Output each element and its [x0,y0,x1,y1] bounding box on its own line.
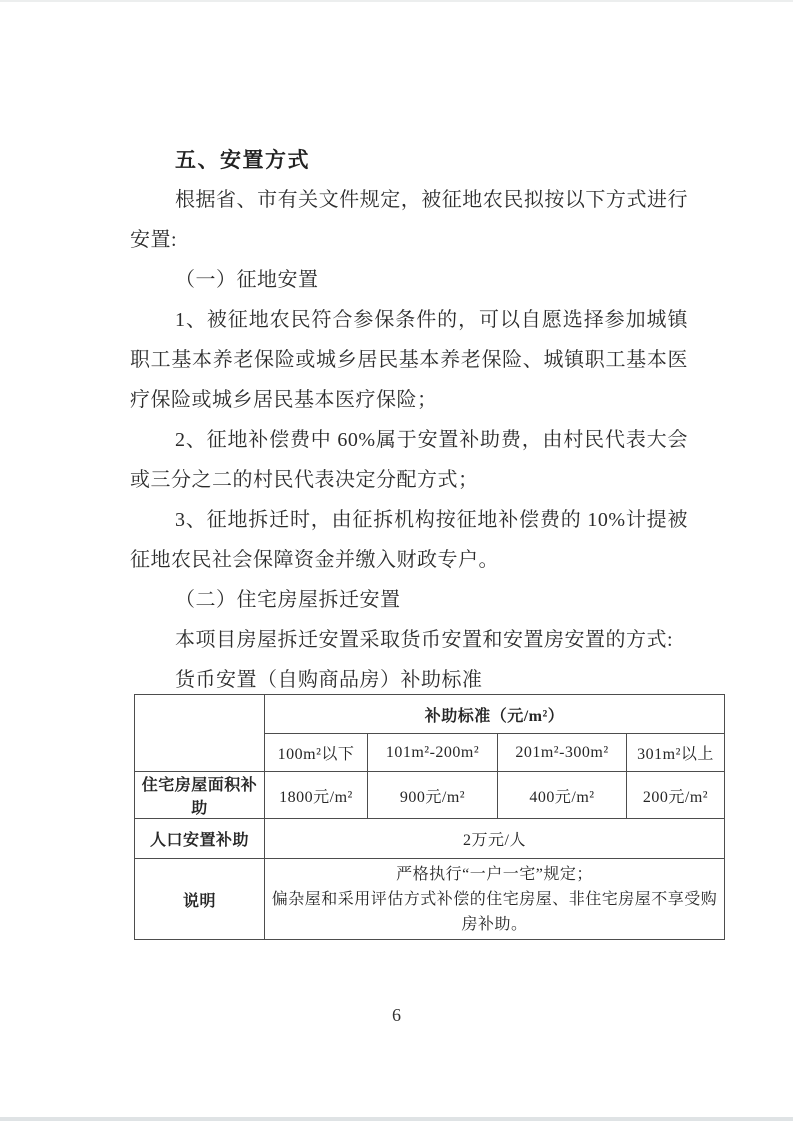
area-subsidy-value-2: 900元/m² [368,772,498,819]
person-subsidy-value: 2万元/人 [265,819,725,859]
paragraph-item-2: 2、征地补偿费中 60%属于安置补助费，由村民代表大会或三分之二的村民代表决定分… [130,420,688,500]
note-line-2: 偏杂屋和采用评估方式补偿的住宅房屋、非住宅房屋不享受购房补助。 [267,887,722,937]
table-row-person-subsidy: 人口安置补助 2万元/人 [135,819,725,859]
table-row-area-subsidy: 住宅房屋面积补助 1800元/m² 900元/m² 400元/m² 200元/m… [135,772,725,819]
note-cell: 严格执行“一户一宅”规定； 偏杂屋和采用评估方式补偿的住宅房屋、非住宅房屋不享受… [265,859,725,940]
note-line-1: 严格执行“一户一宅”规定； [267,862,722,887]
subsection-heading-house: （二）住宅房屋拆迁安置 [130,580,688,620]
document-page: 五、安置方式 根据省、市有关文件规定，被征地农民拟按以下方式进行安置: （一）征… [0,0,793,1121]
row-label-person-subsidy: 人口安置补助 [135,819,265,859]
table-col-header-2: 101m²-200m² [368,734,498,772]
row-label-area-subsidy: 住宅房屋面积补助 [135,772,265,819]
row-label-note: 说明 [135,859,265,940]
table-col-header-1: 100m²以下 [265,734,368,772]
paragraph-method: 本项目房屋拆迁安置采取货币安置和安置房安置的方式: [130,620,688,660]
area-subsidy-value-4: 200元/m² [627,772,725,819]
table-col-header-4: 301m²以上 [627,734,725,772]
table-row-header: 补助标准（元/m²） [135,695,725,734]
document-body: 五、安置方式 根据省、市有关文件规定，被征地农民拟按以下方式进行安置: （一）征… [130,140,688,700]
table-header-standard: 补助标准（元/m²） [265,695,725,734]
paragraph-item-1: 1、被征地农民符合参保条件的，可以自愿选择参加城镇职工基本养老保险或城乡居民基本… [130,300,688,420]
table-corner-cell [135,695,265,772]
section-heading: 五、安置方式 [130,140,688,180]
scan-edge-top-artifact [0,0,793,2]
subsidy-standards-table: 补助标准（元/m²） 100m²以下 101m²-200m² 201m²-300… [134,694,725,940]
subsection-heading-land: （一）征地安置 [130,260,688,300]
paragraph-intro: 根据省、市有关文件规定，被征地农民拟按以下方式进行安置: [130,180,688,260]
area-subsidy-value-3: 400元/m² [498,772,627,819]
table-col-header-3: 201m²-300m² [498,734,627,772]
table-row-note: 说明 严格执行“一户一宅”规定； 偏杂屋和采用评估方式补偿的住宅房屋、非住宅房屋… [135,859,725,940]
paragraph-item-3: 3、征地拆迁时，由征拆机构按征地补偿费的 10%计提被征地农民社会保障资金并缴入… [130,500,688,580]
area-subsidy-value-1: 1800元/m² [265,772,368,819]
scan-edge-bottom-artifact [0,1117,793,1121]
page-number: 6 [0,1000,793,1030]
